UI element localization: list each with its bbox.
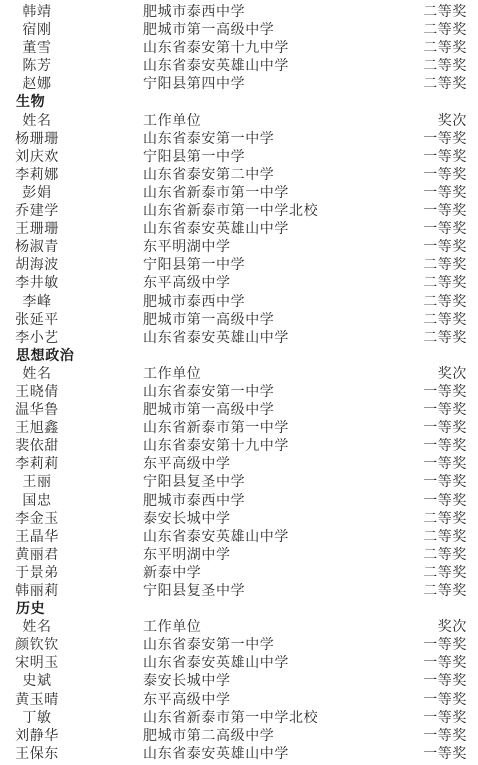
teacher-name-cell: 李莉莉 [0,456,74,474]
award-level-cell: 二等奖 [410,4,478,22]
section-heading-row: 历史 [0,601,478,619]
table-row: 张延平肥城市第一高级中学二等奖 [0,312,478,330]
teacher-name-cell: 丁敏 [0,710,74,728]
work-unit-cell: 肥城市第一高级中学 [74,312,410,330]
work-unit-cell: 肥城市第二高级中学 [74,728,410,746]
work-unit-cell: 山东省泰安第十九中学 [74,40,410,58]
teacher-name-cell: 宿刚 [0,22,74,40]
table-row: 董雪山东省泰安第十九中学二等奖 [0,40,478,58]
teacher-name-cell: 裴依甜 [0,438,74,456]
award-level-cell: 一等奖 [410,149,478,167]
table-row: 史斌泰安长城中学一等奖 [0,673,478,691]
work-unit-cell: 东平高级中学 [74,275,410,293]
award-level-cell: 二等奖 [410,330,478,348]
teacher-name-cell: 于景弟 [0,565,74,583]
teacher-name-cell: 王保东 [0,746,74,764]
table-row: 陈芳山东省泰安英雄山中学二等奖 [0,58,478,76]
unit-column-header: 工作单位 [74,366,410,384]
work-unit-cell: 山东省泰安英雄山中学 [74,58,410,76]
table-row: 黄玉晴东平高级中学一等奖 [0,692,478,710]
award-level-cell: 二等奖 [410,565,478,583]
teacher-name-cell: 颜钦钦 [0,637,74,655]
column-header-row: 姓名工作单位奖次 [0,113,478,131]
teacher-name-cell: 韩靖 [0,4,74,22]
award-column-header: 奖次 [410,366,478,384]
award-level-cell: 二等奖 [410,76,478,94]
award-level-cell: 二等奖 [410,58,478,76]
award-level-cell: 一等奖 [410,438,478,456]
award-level-cell: 一等奖 [410,221,478,239]
teacher-name-cell: 董雪 [0,40,74,58]
work-unit-cell: 山东省泰安第一中学 [74,131,410,149]
teacher-name-cell: 王旭鑫 [0,420,74,438]
work-unit-cell: 山东省泰安英雄山中学 [74,330,410,348]
work-unit-cell: 宁阳县第一中学 [74,149,410,167]
table-row: 李金玉泰安长城中学二等奖 [0,511,478,529]
work-unit-cell: 新泰中学 [74,565,410,583]
work-unit-cell: 山东省泰安英雄山中学 [74,529,410,547]
award-level-cell: 一等奖 [410,474,478,492]
table-row: 刘庆欢宁阳县第一中学一等奖 [0,149,478,167]
unit-column-header: 工作单位 [74,619,410,637]
table-row: 裴依甜山东省泰安第十九中学一等奖 [0,438,478,456]
award-level-cell: 二等奖 [410,511,478,529]
unit-column-header: 工作单位 [74,113,410,131]
teacher-name-cell: 张延平 [0,312,74,330]
table-row: 彭娟山东省新泰市第一中学一等奖 [0,185,478,203]
table-row: 王保东山东省泰安英雄山中学一等奖 [0,746,478,764]
teacher-name-cell: 黄玉晴 [0,692,74,710]
table-row: 李小艺山东省泰安英雄山中学二等奖 [0,330,478,348]
work-unit-cell: 山东省泰安英雄山中学 [74,221,410,239]
work-unit-cell: 山东省新泰市第一中学 [74,420,410,438]
award-level-cell: 二等奖 [410,275,478,293]
work-unit-cell: 山东省泰安第二中学 [74,167,410,185]
award-level-cell: 一等奖 [410,728,478,746]
table-row: 丁敏山东省新泰市第一中学北校一等奖 [0,710,478,728]
teacher-name-cell: 李峰 [0,294,74,312]
table-row: 李峰肥城市泰西中学二等奖 [0,294,478,312]
teacher-name-cell: 胡海波 [0,257,74,275]
work-unit-cell: 宁阳县第一中学 [74,257,410,275]
work-unit-cell: 肥城市泰西中学 [74,493,410,511]
table-row: 李井敏东平高级中学二等奖 [0,275,478,293]
table-row: 黄丽君东平明湖中学二等奖 [0,547,478,565]
table-row: 于景弟新泰中学二等奖 [0,565,478,583]
teacher-name-cell: 韩丽莉 [0,583,74,601]
work-unit-cell: 肥城市泰西中学 [74,294,410,312]
work-unit-cell: 宁阳县复圣中学 [74,474,410,492]
table-row: 韩靖肥城市泰西中学二等奖 [0,4,478,22]
award-level-cell: 二等奖 [410,547,478,565]
section-heading: 生物 [0,94,45,112]
teacher-name-cell: 王珊珊 [0,221,74,239]
award-level-cell: 二等奖 [410,583,478,601]
award-column-header: 奖次 [410,113,478,131]
table-row: 王旭鑫山东省新泰市第一中学一等奖 [0,420,478,438]
work-unit-cell: 山东省新泰市第一中学北校 [74,203,410,221]
work-unit-cell: 山东省新泰市第一中学 [74,185,410,203]
teacher-name-cell: 王丽 [0,474,74,492]
table-row: 李莉莉东平高级中学一等奖 [0,456,478,474]
teacher-name-cell: 杨淑青 [0,239,74,257]
teacher-name-cell: 李莉娜 [0,167,74,185]
work-unit-cell: 山东省泰安第十九中学 [74,438,410,456]
work-unit-cell: 宁阳县第四中学 [74,76,410,94]
teacher-name-cell: 王晓倩 [0,384,74,402]
work-unit-cell: 泰安长城中学 [74,511,410,529]
award-level-cell: 二等奖 [410,312,478,330]
work-unit-cell: 山东省泰安英雄山中学 [74,655,410,673]
award-level-cell: 一等奖 [410,746,478,764]
table-row: 温华鲁肥城市第一高级中学一等奖 [0,402,478,420]
award-level-cell: 一等奖 [410,167,478,185]
table-row: 李莉娜山东省泰安第二中学一等奖 [0,167,478,185]
section-heading: 历史 [0,601,45,619]
award-level-cell: 二等奖 [410,40,478,58]
table-row: 乔建学山东省新泰市第一中学北校一等奖 [0,203,478,221]
table-row: 刘静华肥城市第二高级中学一等奖 [0,728,478,746]
award-level-cell: 一等奖 [410,710,478,728]
table-row: 王珊珊山东省泰安英雄山中学一等奖 [0,221,478,239]
award-level-cell: 一等奖 [410,493,478,511]
work-unit-cell: 山东省泰安第一中学 [74,637,410,655]
award-level-cell: 二等奖 [410,22,478,40]
award-level-cell: 一等奖 [410,655,478,673]
work-unit-cell: 肥城市泰西中学 [74,4,410,22]
work-unit-cell: 东平明湖中学 [74,547,410,565]
award-level-cell: 一等奖 [410,692,478,710]
teacher-name-cell: 李井敏 [0,275,74,293]
award-level-cell: 二等奖 [410,257,478,275]
work-unit-cell: 东平高级中学 [74,456,410,474]
column-header-row: 姓名工作单位奖次 [0,366,478,384]
work-unit-cell: 山东省泰安第一中学 [74,384,410,402]
table-row: 杨珊珊山东省泰安第一中学一等奖 [0,131,478,149]
teacher-name-cell: 王晶华 [0,529,74,547]
award-level-cell: 一等奖 [410,239,478,257]
award-level-cell: 一等奖 [410,185,478,203]
teacher-name-cell: 陈芳 [0,58,74,76]
work-unit-cell: 山东省新泰市第一中学北校 [74,710,410,728]
teacher-name-cell: 李小艺 [0,330,74,348]
award-level-cell: 一等奖 [410,402,478,420]
award-level-cell: 一等奖 [410,384,478,402]
work-unit-cell: 宁阳县复圣中学 [74,583,410,601]
award-level-cell: 一等奖 [410,131,478,149]
award-level-cell: 一等奖 [410,420,478,438]
teacher-name-cell: 赵娜 [0,76,74,94]
teacher-name-cell: 国忠 [0,493,74,511]
section-heading-row: 思想政治 [0,348,478,366]
table-row: 国忠肥城市泰西中学一等奖 [0,493,478,511]
award-level-cell: 一等奖 [410,673,478,691]
award-level-cell: 一等奖 [410,637,478,655]
work-unit-cell: 肥城市第一高级中学 [74,402,410,420]
table-row: 宋明玉山东省泰安英雄山中学一等奖 [0,655,478,673]
name-column-header: 姓名 [0,113,74,131]
teacher-name-cell: 乔建学 [0,203,74,221]
teacher-name-cell: 彭娟 [0,185,74,203]
table-row: 王丽宁阳县复圣中学一等奖 [0,474,478,492]
table-row: 颜钦钦山东省泰安第一中学一等奖 [0,637,478,655]
work-unit-cell: 东平高级中学 [74,692,410,710]
section-heading-row: 生物 [0,94,478,112]
table-row: 王晶华山东省泰安英雄山中学二等奖 [0,529,478,547]
table-row: 王晓倩山东省泰安第一中学一等奖 [0,384,478,402]
table-row: 赵娜宁阳县第四中学二等奖 [0,76,478,94]
name-column-header: 姓名 [0,366,74,384]
award-column-header: 奖次 [410,619,478,637]
column-header-row: 姓名工作单位奖次 [0,619,478,637]
award-level-cell: 一等奖 [410,456,478,474]
table-row: 韩丽莉宁阳县复圣中学二等奖 [0,583,478,601]
work-unit-cell: 东平明湖中学 [74,239,410,257]
name-column-header: 姓名 [0,619,74,637]
teacher-name-cell: 宋明玉 [0,655,74,673]
award-list-page: 韩靖肥城市泰西中学二等奖宿刚肥城市第一高级中学二等奖董雪山东省泰安第十九中学二等… [0,0,478,765]
table-row: 胡海波宁阳县第一中学二等奖 [0,257,478,275]
work-unit-cell: 山东省泰安英雄山中学 [74,746,410,764]
award-level-cell: 二等奖 [410,294,478,312]
award-level-cell: 二等奖 [410,529,478,547]
work-unit-cell: 泰安长城中学 [74,673,410,691]
teacher-name-cell: 史斌 [0,673,74,691]
work-unit-cell: 肥城市第一高级中学 [74,22,410,40]
award-table: 韩靖肥城市泰西中学二等奖宿刚肥城市第一高级中学二等奖董雪山东省泰安第十九中学二等… [0,4,478,764]
teacher-name-cell: 杨珊珊 [0,131,74,149]
section-heading: 思想政治 [0,348,74,366]
table-row: 宿刚肥城市第一高级中学二等奖 [0,22,478,40]
table-row: 杨淑青东平明湖中学一等奖 [0,239,478,257]
teacher-name-cell: 温华鲁 [0,402,74,420]
teacher-name-cell: 李金玉 [0,511,74,529]
teacher-name-cell: 刘静华 [0,728,74,746]
teacher-name-cell: 刘庆欢 [0,149,74,167]
teacher-name-cell: 黄丽君 [0,547,74,565]
award-level-cell: 一等奖 [410,203,478,221]
